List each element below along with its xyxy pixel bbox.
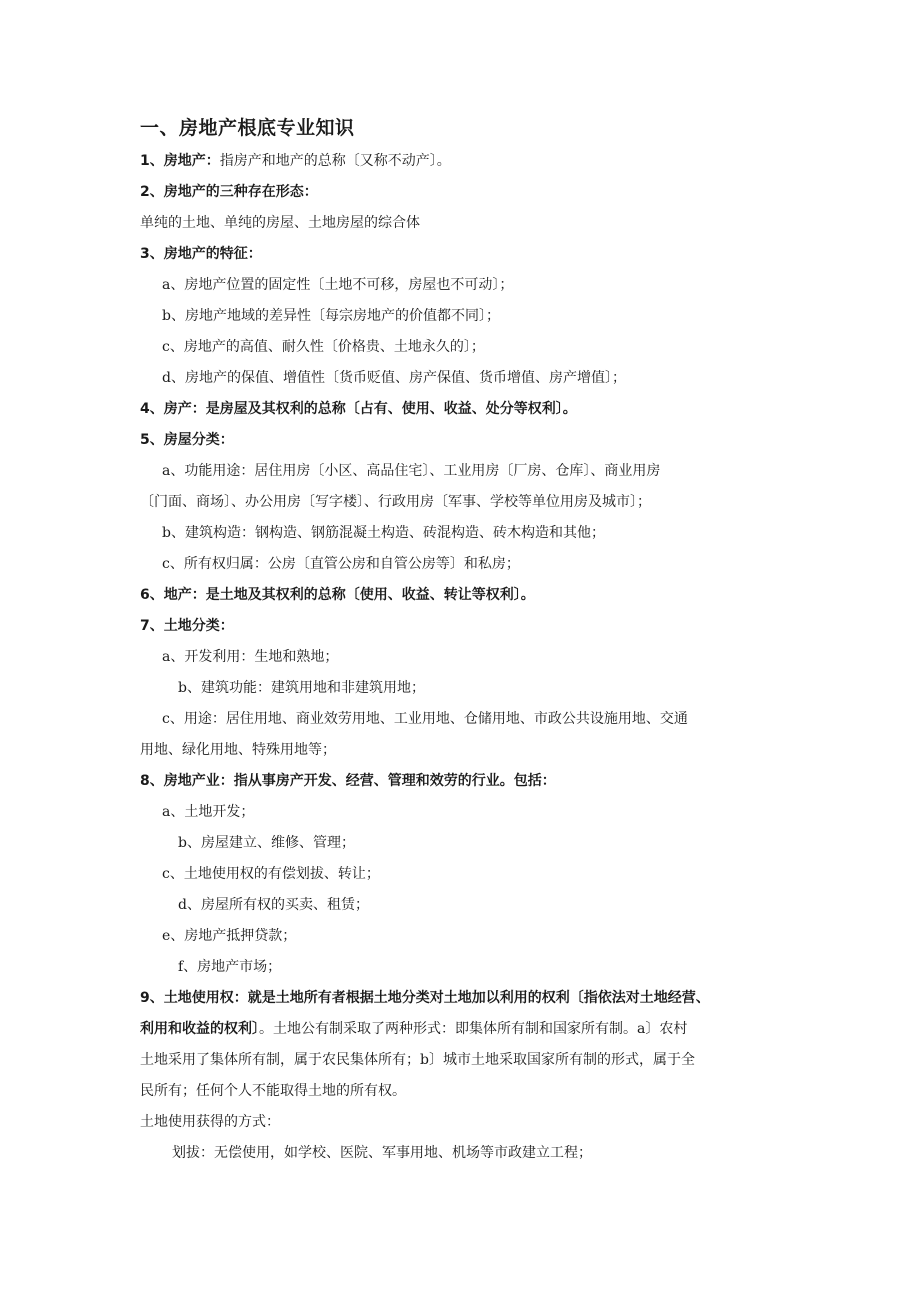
list-item: c、土地使用权的有偿划拔、转让； <box>140 859 790 890</box>
section-9-heading: 9、土地使用权：就是土地所有者根据土地分类对土地加以利用的权利〔指依法对土地经营… <box>140 983 790 1014</box>
section-9-line-3: 土地采用了集体所有制，属于农民集体所有；b〕城市土地采取国家所有制的形式，属于全 <box>140 1045 790 1076</box>
section-3-heading: 3、房地产的特征： <box>140 239 790 270</box>
list-item: d、房屋所有权的买卖、租赁； <box>140 890 790 921</box>
list-item: e、房地产抵押贷款； <box>140 921 790 952</box>
list-item: a、开发利用：生地和熟地； <box>140 642 790 673</box>
list-item: 划拔：无偿使用，如学校、医院、军事用地、机场等市政建立工程； <box>140 1138 790 1169</box>
list-item: c、房地产的高值、耐久性〔价格贵、土地永久的〕； <box>140 332 790 363</box>
section-4-heading: 4、房产：是房屋及其权利的总称〔占有、使用、收益、处分等权利〕。 <box>140 394 790 425</box>
section-1: 1、房地产：指房产和地产的总称〔又称不动产〕。 <box>140 146 790 177</box>
document-title: 一、房地产根底专业知识 <box>140 112 790 146</box>
section-7-heading: 7、土地分类： <box>140 611 790 642</box>
section-1-heading: 1、房地产： <box>140 153 220 169</box>
list-item: b、房地产地域的差异性〔每宗房地产的价值都不同〕； <box>140 301 790 332</box>
list-item-continuation: 用地、绿化用地、特殊用地等； <box>140 735 790 766</box>
section-8-heading: 8、房地产业：指从事房产开发、经营、管理和效劳的行业。包括： <box>140 766 790 797</box>
section-2-heading: 2、房地产的三种存在形态： <box>140 177 790 208</box>
list-item: a、功能用途：居住用房〔小区、高品住宅〕、工业用房〔厂房、仓库〕、商业用房 <box>140 456 790 487</box>
list-item: c、用途：居住用地、商业效劳用地、工业用地、仓储用地、市政公共设施用地、交通 <box>140 704 790 735</box>
list-item-continuation: 〔门面、商场〕、办公用房〔写字楼〕、行政用房〔军事、学校等单位用房及城市〕； <box>140 487 790 518</box>
list-item: b、房屋建立、维修、管理； <box>140 828 790 859</box>
document-page: 一、房地产根底专业知识 1、房地产：指房产和地产的总称〔又称不动产〕。 2、房地… <box>140 112 790 1169</box>
section-9-heading-end: 利用和收益的权利〕 <box>140 1021 259 1037</box>
section-9-subheading: 土地使用获得的方式： <box>140 1107 790 1138</box>
section-5-heading: 5、房屋分类： <box>140 425 790 456</box>
section-9-line-4: 民所有；任何个人不能取得土地的所有权。 <box>140 1076 790 1107</box>
section-6-heading: 6、地产：是土地及其权利的总称〔使用、收益、转让等权利〕。 <box>140 580 790 611</box>
list-item: a、房地产位置的固定性〔土地不可移，房屋也不可动〕； <box>140 270 790 301</box>
list-item: c、所有权归属：公房〔直管公房和自管公房等〕和私房； <box>140 549 790 580</box>
section-2-body: 单纯的土地、单纯的房屋、土地房屋的综合体 <box>140 208 790 239</box>
section-1-text: 指房产和地产的总称〔又称不动产〕。 <box>220 153 451 169</box>
list-item: a、土地开发； <box>140 797 790 828</box>
list-item: b、建筑构造：钢构造、钢筋混凝土构造、砖混构造、砖木构造和其他； <box>140 518 790 549</box>
list-item: b、建筑功能：建筑用地和非建筑用地； <box>140 673 790 704</box>
list-item: d、房地产的保值、增值性〔货币贬值、房产保值、货币增值、房产增值〕； <box>140 363 790 394</box>
list-item: f、房地产市场； <box>140 952 790 983</box>
section-9-line-2: 利用和收益的权利〕。土地公有制采取了两种形式：即集体所有制和国家所有制。a〕农村 <box>140 1014 790 1045</box>
section-9-text: 。土地公有制采取了两种形式：即集体所有制和国家所有制。a〕农村 <box>259 1021 687 1037</box>
